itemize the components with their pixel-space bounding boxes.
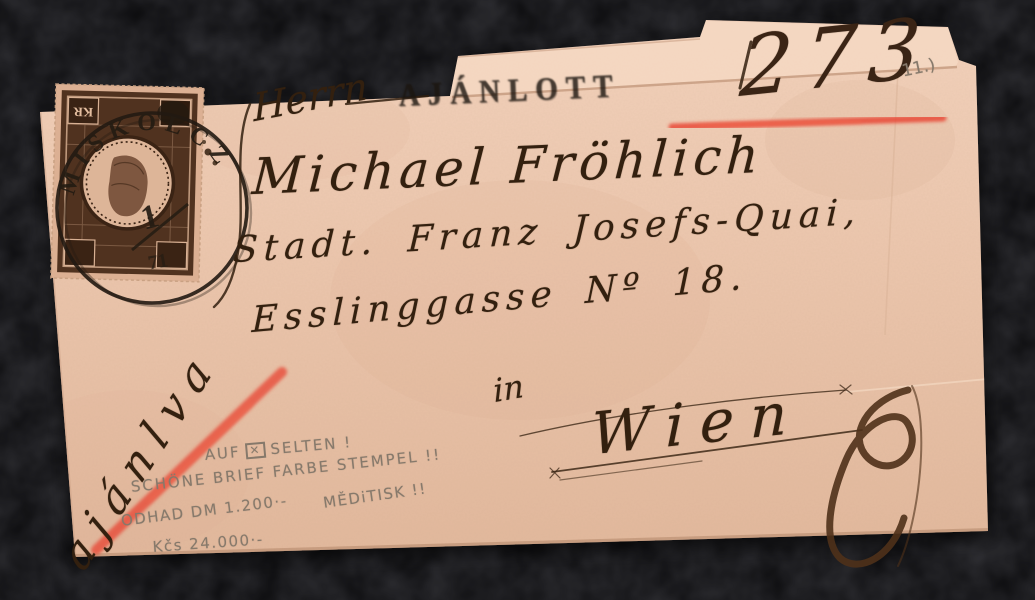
- boxed-x-symbol: ×: [245, 442, 266, 459]
- cover-photograph: KR MISKOLCZ 1 71: [0, 0, 1035, 600]
- postmark-year: 71: [146, 249, 170, 274]
- address-preposition: in: [492, 367, 525, 410]
- collector-note-line1-prefix: AUF: [204, 443, 241, 464]
- stamp-value-letters: KR: [73, 104, 93, 120]
